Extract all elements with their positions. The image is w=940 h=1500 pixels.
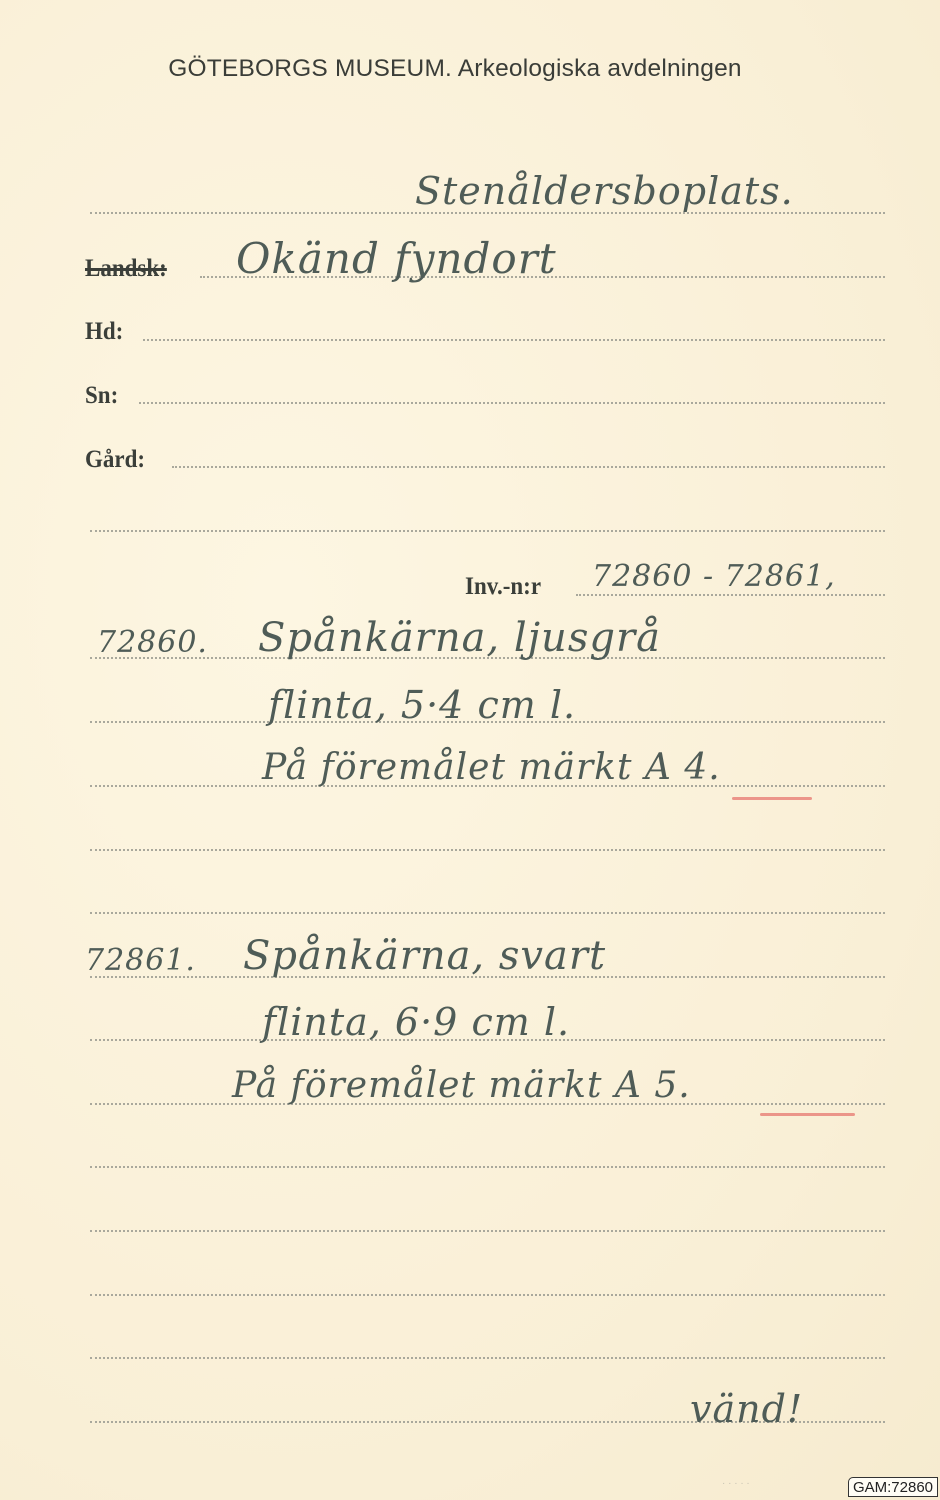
entry-marking-line: På föremålet märkt A 5.: [232, 1068, 691, 1104]
ruled-line: [90, 849, 885, 851]
field-value-landsk: Okänd fyndort: [236, 238, 557, 280]
entry-description-line: flinta, 5·4 cm l.: [268, 686, 576, 724]
inventory-label: Inv.-n:r: [465, 574, 541, 599]
faint-stamp-text: · · · · ·: [722, 1478, 750, 1489]
mark-underline: [732, 797, 812, 800]
ruled-line: [90, 1294, 885, 1296]
ruled-line: [143, 339, 885, 341]
field-label-gard: Gård:: [85, 447, 145, 472]
ruled-line: [90, 530, 885, 532]
entry-number: 72860.: [97, 628, 208, 658]
entry-number: 72861.: [85, 946, 196, 976]
turn-over-note: vänd!: [690, 1390, 803, 1428]
field-label-hd: Hd:: [85, 319, 123, 344]
field-label-sn: Sn:: [85, 383, 118, 408]
inventory-value: 72860 - 72861,: [592, 562, 836, 592]
ruled-line: [90, 1357, 885, 1359]
ruled-line: [172, 466, 885, 468]
archive-id-stamp: GAM:72860: [848, 1477, 938, 1497]
ruled-line: [90, 1230, 885, 1232]
entry-marking-line: På föremålet märkt A 4.: [262, 750, 721, 786]
museum-header: GÖTEBORGS MUSEUM. Arkeologiska avdelning…: [0, 55, 925, 83]
site-type-value: Stenåldersboplats.: [415, 172, 794, 210]
entry-description-line: flinta, 6·9 cm l.: [262, 1003, 570, 1041]
entry-description-line: Spånkärna, ljusgrå: [258, 618, 661, 658]
ruled-line: [90, 1166, 885, 1168]
field-label-landsk: Landsk:: [85, 256, 167, 281]
mark-underline: [760, 1113, 855, 1116]
entry-description-line: Spånkärna, svart: [243, 936, 606, 976]
ruled-line: [576, 594, 885, 596]
ruled-line: [90, 912, 885, 914]
ruled-line: [139, 402, 885, 404]
